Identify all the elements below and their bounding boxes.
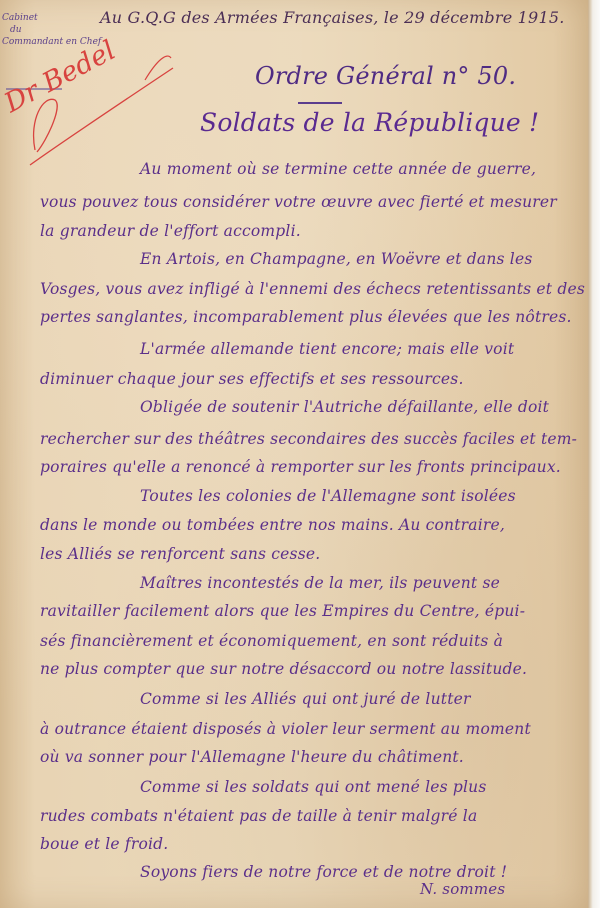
letter-line: la grandeur de l'effort accompli. xyxy=(40,222,301,240)
letter-line: boue et le froid. xyxy=(40,835,168,853)
letter-line: diminuer chaque jour ses effectifs et se… xyxy=(40,370,464,388)
letter-line: Obligée de soutenir l'Autriche défaillan… xyxy=(140,398,549,416)
letter-line: où va sonner pour l'Allemagne l'heure du… xyxy=(40,748,464,766)
letter-line: pertes sanglantes, incomparablement plus… xyxy=(40,308,572,326)
closing-fragment: N. sommes xyxy=(420,880,505,898)
order-title: Ordre Général n° 50. xyxy=(255,62,516,90)
letter-line: Soyons fiers de notre force et de notre … xyxy=(140,863,507,881)
letter-header: Au G.Q.G des Armées Françaises, le 29 dé… xyxy=(100,8,565,27)
letter-line: Comme si les Alliés qui ont juré de lutt… xyxy=(140,690,471,708)
letter-line: sés financièrement et économiquement, en… xyxy=(40,632,503,650)
letter-line: ne plus compter que sur notre désaccord … xyxy=(40,660,527,678)
title-underline xyxy=(298,102,342,104)
letter-line: Maîtres incontestés de la mer, ils peuve… xyxy=(140,574,500,592)
letter-line: ravitailler facilement alors que les Emp… xyxy=(40,602,525,620)
letter-line: Vosges, vous avez infligé à l'ennemi des… xyxy=(40,280,585,298)
salutation: Soldats de la République ! xyxy=(200,108,539,137)
letter-line: les Alliés se renforcent sans cesse. xyxy=(40,545,320,563)
letter-line: vous pouvez tous considérer votre œuvre … xyxy=(40,193,557,211)
letter-line: rechercher sur des théâtres secondaires … xyxy=(40,430,577,448)
letter-line: En Artois, en Champagne, en Woëvre et da… xyxy=(140,250,532,268)
scan-edge xyxy=(588,0,600,908)
letter-line: dans le monde ou tombées entre nos mains… xyxy=(40,516,505,534)
letter-line: rudes combats n'étaient pas de taille à … xyxy=(40,807,477,825)
margin-note-line: du xyxy=(2,24,112,36)
letter-line: Comme si les soldats qui ont mené les pl… xyxy=(140,778,487,796)
letter-line: Au moment où se termine cette année de g… xyxy=(140,160,536,178)
letter-line: Toutes les colonies de l'Allemagne sont … xyxy=(140,487,516,505)
letter-line: L'armée allemande tient encore; mais ell… xyxy=(140,340,514,358)
margin-note-line: Cabinet xyxy=(2,12,112,24)
letter-line: poraires qu'elle a renoncé à remporter s… xyxy=(40,458,561,476)
letter-line: à outrance étaient disposés à violer leu… xyxy=(40,720,531,738)
